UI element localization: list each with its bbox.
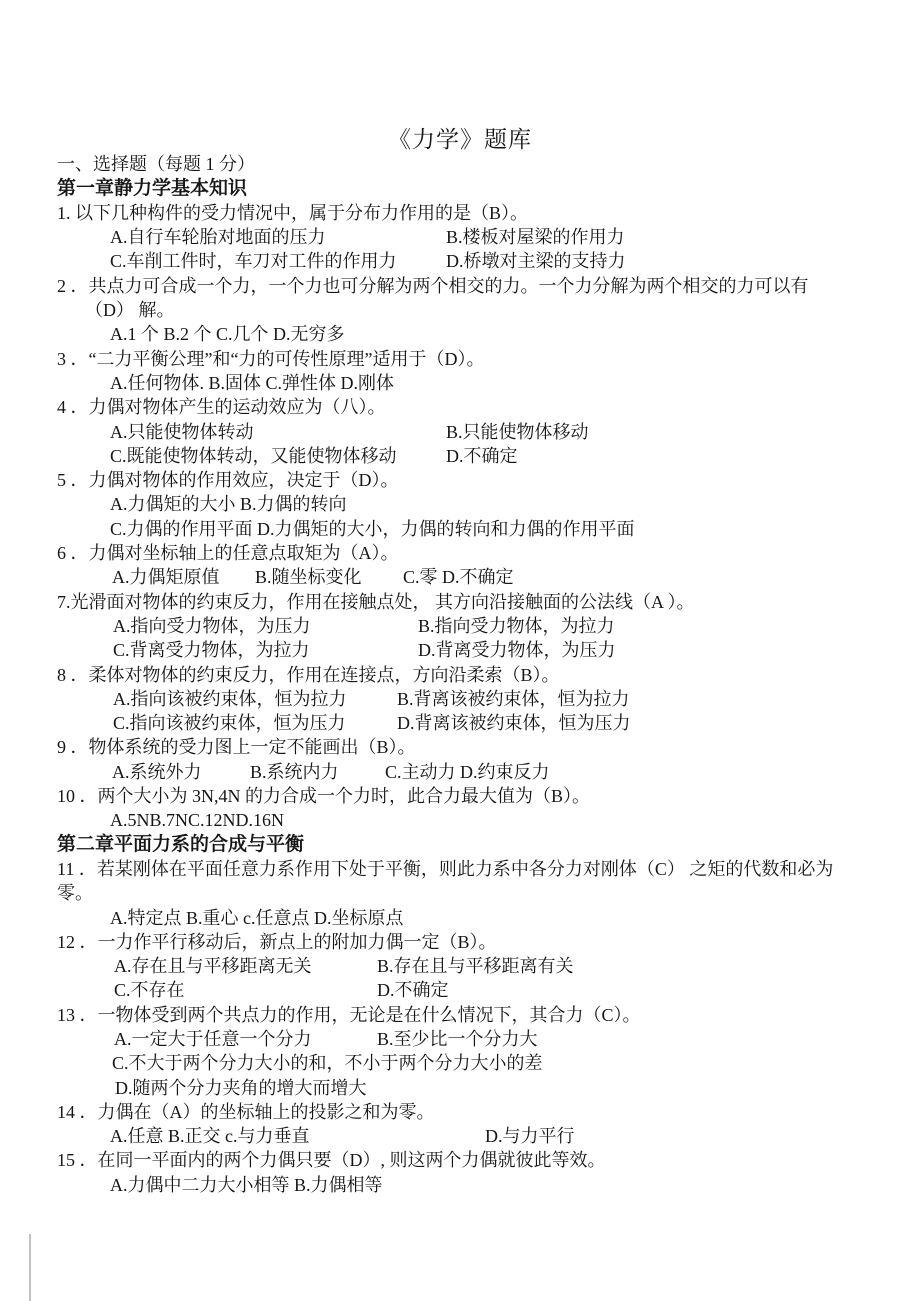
text-segment: C.零 D.不确定 xyxy=(403,565,514,589)
question-option-line: A.力偶矩的大小 B.力偶的转向 xyxy=(0,492,920,516)
text-segment: 12 ．一力作平行移动后，新点上的附加力偶一定（B）。 xyxy=(57,930,497,954)
question-stem-line: 13 ．一物体受到两个共点力的作用，无论是在什么情况下，其合力（C）。 xyxy=(0,1003,920,1027)
section-heading: 第二章平面力系的合成与平衡 xyxy=(0,833,920,857)
question-option-line: A.存在且与平移距离无关B.存在且与平移距离有关 xyxy=(0,954,920,978)
text-segment: B.只能使物体移动 xyxy=(446,420,589,444)
text-segment: D.与力平行 xyxy=(485,1124,575,1148)
text-segment: A.任何物体. B.固体 C.弹性体 D.刚体 xyxy=(110,371,394,395)
text-segment: D.背离该被约束体，恒为压力 xyxy=(397,711,631,735)
question-option-line: A.任意 B.正交 c.与力垂直D.与力平行 xyxy=(0,1124,920,1148)
text-segment: C.不大于两个分力大小的和，不小于两个分力大小的差 xyxy=(112,1051,543,1075)
question-stem-line: 14 ．力偶在（A）的坐标轴上的投影之和为零。 xyxy=(0,1100,920,1124)
question-option-line: A.力偶中二力大小相等 B.力偶相等 xyxy=(0,1173,920,1197)
section-heading-text: 第一章静力学基本知识 xyxy=(57,177,247,201)
text-segment: 5 ．力偶对物体的作用效应，决定于（D）。 xyxy=(57,468,399,492)
section-heading: 第一章静力学基本知识 xyxy=(0,177,920,201)
text-segment: D.不确定 xyxy=(377,978,449,1002)
text-segment: C.主动力 D.约束反力 xyxy=(385,760,550,784)
text-segment: D.桥墩对主梁的支持力 xyxy=(446,249,626,273)
text-segment: B.随坐标变化 xyxy=(255,565,362,589)
text-segment: B.背离该被约束体，恒为拉力 xyxy=(397,687,630,711)
text-segment: A.力偶矩原值 xyxy=(112,565,220,589)
question-stem-line: 2 ．共点力可合成一个力，一个力也可分解为两个相交的力。一个力分解为两个相交的力… xyxy=(0,274,920,298)
text-segment: A.5NB.7NC.12ND.16N xyxy=(110,808,284,832)
text-segment: 6 ．力偶对坐标轴上的任意点取矩为（A）。 xyxy=(57,541,399,565)
text-segment: D.不确定 xyxy=(446,444,518,468)
doc-subtitle: 一、选择题（每题 1 分） xyxy=(57,152,255,176)
text-segment: C.力偶的作用平面 D.力偶矩的大小，力偶的转向和力偶的作用平面 xyxy=(110,517,635,541)
doc-subtitle-line: 一、选择题（每题 1 分） xyxy=(0,152,920,176)
question-stem-line: 10 ．两个大小为 3N,4N 的力合成一个力时，此合力最大值为（B）。 xyxy=(0,784,920,808)
question-option-line: A.系统外力B.系统内力C.主动力 D.约束反力 xyxy=(0,760,920,784)
question-option-line: C.指向该被约束体，恒为压力D.背离该被约束体，恒为压力 xyxy=(0,711,920,735)
text-segment: 11 ．若某刚体在平面任意力系作用下处于平衡，则此力系中各分力对刚体（C） 之矩… xyxy=(57,857,833,881)
question-stem-line: 3 ．“二力平衡公理”和“力的可传性原理”适用于（D）。 xyxy=(0,347,920,371)
question-option-line: C.力偶的作用平面 D.力偶矩的大小，力偶的转向和力偶的作用平面 xyxy=(0,517,920,541)
question-stem-line: 5 ．力偶对物体的作用效应，决定于（D）。 xyxy=(0,468,920,492)
question-option-line: A.1 个 B.2 个 C.几个 D.无穷多 xyxy=(0,322,920,346)
text-segment: B.至少比一个分力大 xyxy=(377,1027,538,1051)
question-option-line: （D） 解。 xyxy=(0,298,920,322)
text-segment: 15 ．在同一平面内的两个力偶只要（D）, 则这两个力偶就彼此等效。 xyxy=(57,1148,606,1172)
text-segment: 13 ．一物体受到两个共点力的作用，无论是在什么情况下，其合力（C）。 xyxy=(57,1003,641,1027)
text-segment: 3 ．“二力平衡公理”和“力的可传性原理”适用于（D）。 xyxy=(57,347,484,371)
doc-title: 《力学》题库 xyxy=(0,128,920,152)
text-segment: B.系统内力 xyxy=(250,760,339,784)
text-segment: A.指向受力物体，为压力 xyxy=(113,614,311,638)
text-segment: D.随两个分力夹角的增大而增大 xyxy=(115,1076,367,1100)
scan-artifact-line xyxy=(29,1234,31,1301)
text-segment: 14 ．力偶在（A）的坐标轴上的投影之和为零。 xyxy=(57,1100,435,1124)
text-segment: C.指向该被约束体，恒为压力 xyxy=(113,711,346,735)
question-option-line: D.随两个分力夹角的增大而增大 xyxy=(0,1076,920,1100)
text-segment: 2 ．共点力可合成一个力，一个力也可分解为两个相交的力。一个力分解为两个相交的力… xyxy=(57,274,809,298)
document-text-flow: 《力学》题库 一、选择题（每题 1 分） 第一章静力学基本知识1. 以下几种构件… xyxy=(0,128,920,1197)
text-segment: D.背离受力物体，为压力 xyxy=(418,638,616,662)
question-stem-line: 1. 以下几种构件的受力情况中，属于分布力作用的是（B）。 xyxy=(0,201,920,225)
question-option-line: A.指向受力物体，为压力B.指向受力物体，为拉力 xyxy=(0,614,920,638)
question-option-line: A.5NB.7NC.12ND.16N xyxy=(0,808,920,832)
text-segment: 4 ．力偶对物体产生的运动效应为（八）。 xyxy=(57,395,386,419)
text-segment: A.系统外力 xyxy=(112,760,202,784)
question-option-line: A.指向该被约束体，恒为拉力B.背离该被约束体，恒为拉力 xyxy=(0,687,920,711)
text-segment: 零。 xyxy=(57,881,93,905)
question-stem-line: 7.光滑面对物体的约束反力，作用在接触点处， 其方向沿接触面的公法线（A ）。 xyxy=(0,590,920,614)
text-segment: C.车削工件时，车刀对工件的作用力 xyxy=(110,249,397,273)
question-stem-line: 9 ．物体系统的受力图上一定不能画出（B）。 xyxy=(0,735,920,759)
question-stem-line: 11 ．若某刚体在平面任意力系作用下处于平衡，则此力系中各分力对刚体（C） 之矩… xyxy=(0,857,920,881)
text-segment: A.任意 B.正交 c.与力垂直 xyxy=(110,1124,310,1148)
question-option-line: 零。 xyxy=(0,881,920,905)
text-segment: A.特定点 B.重心 c.任意点 D.坐标原点 xyxy=(110,906,404,930)
question-option-line: C.不存在D.不确定 xyxy=(0,978,920,1002)
question-option-line: C.背离受力物体，为拉力D.背离受力物体，为压力 xyxy=(0,638,920,662)
question-option-line: C.不大于两个分力大小的和，不小于两个分力大小的差 xyxy=(0,1051,920,1075)
text-segment: B.指向受力物体，为拉力 xyxy=(418,614,615,638)
question-option-line: A.特定点 B.重心 c.任意点 D.坐标原点 xyxy=(0,906,920,930)
question-option-line: A.一定大于任意一个分力B.至少比一个分力大 xyxy=(0,1027,920,1051)
text-segment: A.一定大于任意一个分力 xyxy=(114,1027,312,1051)
text-segment: 9 ．物体系统的受力图上一定不能画出（B）。 xyxy=(57,735,416,759)
text-segment: 1. 以下几种构件的受力情况中，属于分布力作用的是（B）。 xyxy=(57,201,528,225)
document-page: 《力学》题库 一、选择题（每题 1 分） 第一章静力学基本知识1. 以下几种构件… xyxy=(0,0,920,1301)
text-segment: B.楼板对屋梁的作用力 xyxy=(446,225,625,249)
text-segment: A.自行车轮胎对地面的压力 xyxy=(110,225,326,249)
question-option-line: A.力偶矩原值B.随坐标变化C.零 D.不确定 xyxy=(0,565,920,589)
question-option-line: A.自行车轮胎对地面的压力B.楼板对屋梁的作用力 xyxy=(0,225,920,249)
text-segment: 8 ．柔体对物体的约束反力，作用在连接点，方向沿柔索（B）。 xyxy=(57,663,560,687)
question-stem-line: 4 ．力偶对物体产生的运动效应为（八）。 xyxy=(0,395,920,419)
text-segment: A.力偶矩的大小 B.力偶的转向 xyxy=(110,492,347,516)
question-stem-line: 15 ．在同一平面内的两个力偶只要（D）, 则这两个力偶就彼此等效。 xyxy=(0,1148,920,1172)
question-option-line: C.既能使物体转动，又能使物体移动D.不确定 xyxy=(0,444,920,468)
text-segment: C.背离受力物体，为拉力 xyxy=(113,638,310,662)
question-stem-line: 12 ．一力作平行移动后，新点上的附加力偶一定（B）。 xyxy=(0,930,920,954)
text-segment: B.存在且与平移距离有关 xyxy=(377,954,574,978)
question-option-line: C.车削工件时，车刀对工件的作用力D.桥墩对主梁的支持力 xyxy=(0,249,920,273)
text-segment: C.既能使物体转动，又能使物体移动 xyxy=(110,444,397,468)
question-stem-line: 8 ．柔体对物体的约束反力，作用在连接点，方向沿柔索（B）。 xyxy=(0,663,920,687)
text-segment: A.只能使物体转动 xyxy=(110,420,254,444)
text-segment: 10 ．两个大小为 3N,4N 的力合成一个力时，此合力最大值为（B）。 xyxy=(57,784,590,808)
question-option-line: A.任何物体. B.固体 C.弹性体 D.刚体 xyxy=(0,371,920,395)
question-option-line: A.只能使物体转动B.只能使物体移动 xyxy=(0,420,920,444)
text-segment: A.力偶中二力大小相等 B.力偶相等 xyxy=(110,1173,383,1197)
section-heading-text: 第二章平面力系的合成与平衡 xyxy=(57,833,304,857)
text-segment: 7.光滑面对物体的约束反力，作用在接触点处， 其方向沿接触面的公法线（A ）。 xyxy=(57,590,695,614)
question-stem-line: 6 ．力偶对坐标轴上的任意点取矩为（A）。 xyxy=(0,541,920,565)
text-segment: A.1 个 B.2 个 C.几个 D.无穷多 xyxy=(110,322,345,346)
text-segment: A.指向该被约束体，恒为拉力 xyxy=(113,687,347,711)
text-segment: A.存在且与平移距离无关 xyxy=(114,954,312,978)
text-segment: （D） 解。 xyxy=(85,298,175,322)
text-segment: C.不存在 xyxy=(114,978,185,1002)
